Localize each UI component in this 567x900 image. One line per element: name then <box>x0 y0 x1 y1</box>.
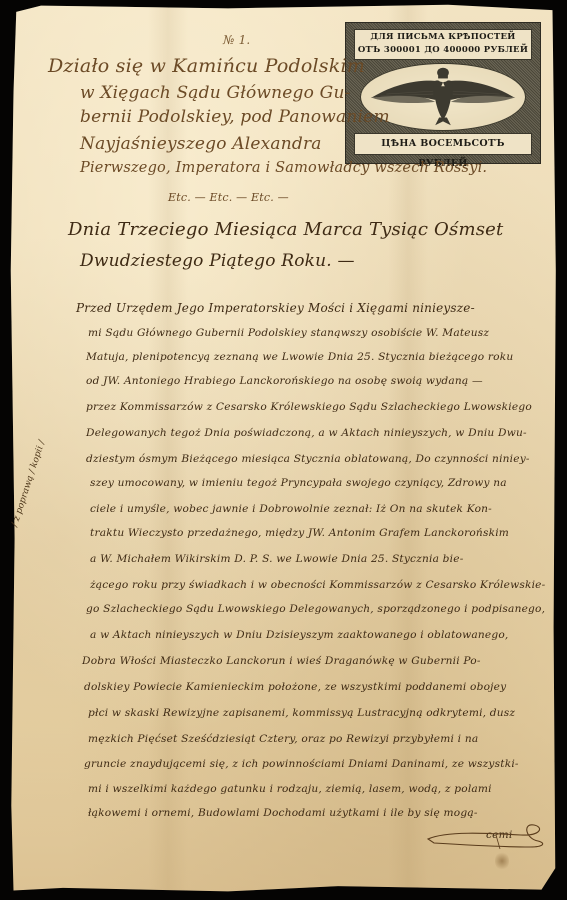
body-line: męzkich Pięćset Sześćdziesiąt Cztery, or… <box>88 733 478 745</box>
header-line: w Xięgach Sądu Głównego Gu- <box>80 83 351 103</box>
closing-flourish-icon <box>426 821 546 851</box>
header-line: Pierwszego, Imperatora i Samowładcy wsze… <box>80 160 487 176</box>
header-line: Działo się w Kamińcu Podolskim <box>48 55 365 77</box>
body-line: a w Aktach ninieyszych w Dniu Dzisieyszy… <box>90 629 509 641</box>
stamp-top-line-2: ОТЪ 300001 ДО 400000 РУБЛЕЙ <box>355 44 531 57</box>
body-line: Przed Urzędem Jego Imperatorskiey Mości … <box>76 301 475 315</box>
body-line: od JW. Antoniego Hrabiego Lanckorońskieg… <box>86 375 483 387</box>
stamp-top-panel: ДЛЯ ПИСЬМА КРѢПОСТЕЙ ОТЪ 300001 ДО 40000… <box>354 29 532 60</box>
body-line: go Szlacheckiego Sądu Lwowskiego Delegow… <box>86 603 545 615</box>
body-line: płci w skaski Rewizyjne zapisanemi, komm… <box>88 707 515 719</box>
body-line: ciele i umyśle, wobec jawnie i Dobrowoln… <box>90 503 492 515</box>
body-line: mi i wszelkimi każdego gatunku i rodzaju… <box>88 783 492 795</box>
body-line: żącego roku przy świadkach i w obecności… <box>90 579 545 591</box>
stamp-top-line-1: ДЛЯ ПИСЬМА КРѢПОСТЕЙ <box>355 31 531 44</box>
paper-stain <box>495 851 509 871</box>
revenue-stamp: ДЛЯ ПИСЬМА КРѢПОСТЕЙ ОТЪ 300001 ДО 40000… <box>345 22 541 164</box>
header-line: Nayjaśnieyszego Alexandra <box>80 134 322 154</box>
body-line: przez Kommissarzów z Cesarsko Królewskie… <box>86 401 532 413</box>
header-line: bernii Podolskiey, pod Panowaniem <box>80 107 390 127</box>
body-line: szey umocowany, w imieniu tegoż Pryncypa… <box>90 477 507 489</box>
document-page: № 1. ДЛЯ ПИСЬМА КРѢПОСТЕЙ ОТЪ 300001 ДО … <box>8 3 558 895</box>
body-line: Delegowanych tegoż Dnia poświadczoną, a … <box>86 427 527 439</box>
body-line: Dobra Włości Miasteczko Lanckorun i wieś… <box>82 655 481 667</box>
body-line: traktu Wieczysto przedażnego, między JW.… <box>90 527 509 539</box>
document-number: № 1. <box>223 33 250 47</box>
body-line: gruncie znaydującemi się, z ich powinnoś… <box>84 758 519 770</box>
date-line: Dwudziestego Piątego Roku. — <box>80 251 355 271</box>
body-line: dziestym ósmym Bieżącego miesiąca Styczn… <box>86 453 530 465</box>
body-line: dolskiey Powiecie Kamienieckim położone,… <box>84 681 506 693</box>
stamp-price-panel: ЦѢНА ВОСЕМЬСОТЪ РУБЛЕЙ <box>354 133 532 155</box>
body-line: Matuja, plenipotencyą zeznaną we Lwowie … <box>86 351 513 363</box>
header-etc: Etc. — Etc. — Etc. — <box>168 191 289 204</box>
date-line: Dnia Trzeciego Miesiąca Marca Tysiąc Ośm… <box>68 219 503 240</box>
body-line: łąkowemi i ornemi, Budowlami Dochodami u… <box>88 807 478 819</box>
body-line: mi Sądu Głównego Gubernii Podolskiey sta… <box>88 327 489 339</box>
body-line: a W. Michałem Wikirskim D. P. S. we Lwow… <box>90 553 464 565</box>
